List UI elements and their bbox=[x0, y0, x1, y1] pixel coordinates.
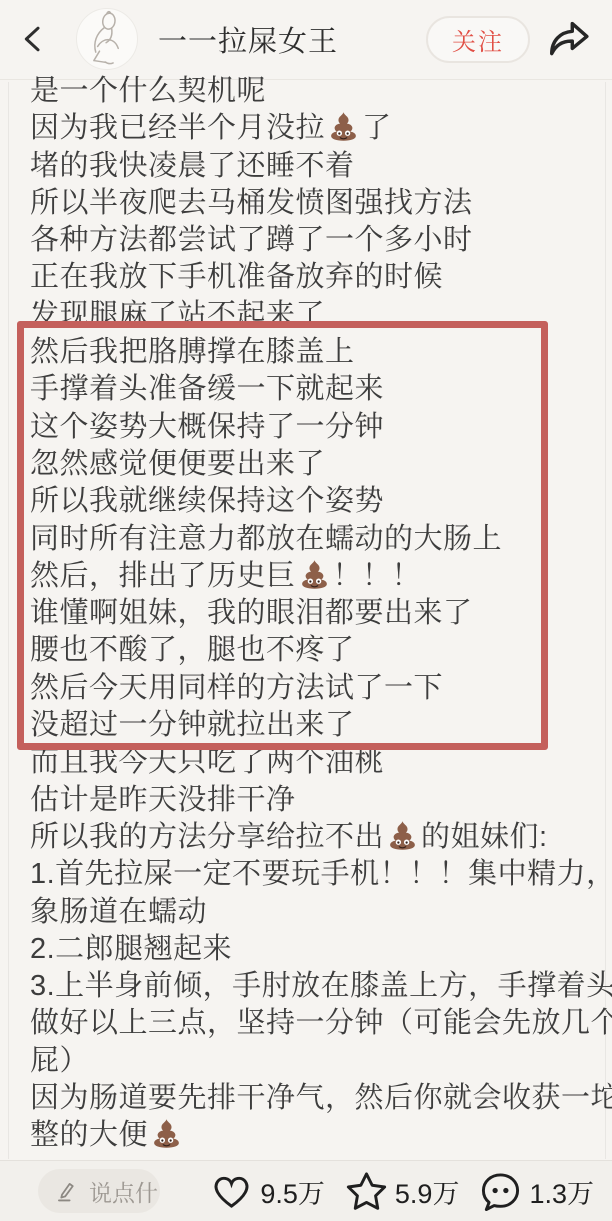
text-line: 忽然感觉便便要出来了 bbox=[30, 446, 612, 483]
text-line: 所以我的方法分享给拉不出的姐妹们: bbox=[30, 819, 612, 856]
follow-button[interactable]: 关注 bbox=[426, 16, 530, 63]
user-name: 一一拉屎女王 bbox=[158, 19, 426, 60]
text-line: 腰也不酸了，腿也不疼了 bbox=[30, 632, 612, 669]
comment-placeholder: 说点什… bbox=[89, 1175, 160, 1208]
avatar-sketch bbox=[77, 9, 137, 69]
share-button[interactable] bbox=[544, 17, 592, 61]
back-chevron-icon bbox=[18, 22, 48, 56]
nav-bar: 一一拉屎女王 关注 bbox=[0, 0, 612, 78]
text-line: 1.首先拉屎一定不要玩手机！！！集中精力，想 bbox=[30, 856, 612, 893]
text-line: 然后，排出了历史巨！！！ bbox=[30, 558, 612, 595]
left-edge-line bbox=[8, 82, 9, 1159]
text-line: 然后我把胳膊撑在膝盖上 bbox=[30, 334, 612, 371]
app-screen: 一一拉屎女王 关注 是一个什么契机呢因为我已经半个月没拉了堵的我快凌晨了还睡不着… bbox=[0, 0, 612, 1221]
text-line: 堵的我快凌晨了还睡不着 bbox=[30, 148, 612, 185]
text-line: 估计是昨天没排干净 bbox=[30, 782, 612, 819]
text-line: 所以半夜爬去马桶发愤图强找方法 bbox=[30, 185, 612, 222]
text-line: 正在我放下手机准备放弃的时候 bbox=[30, 259, 612, 296]
star-icon bbox=[345, 1171, 388, 1212]
text-line: 发现腿麻了站不起来了 bbox=[30, 297, 612, 334]
text-line: 手撑着头准备缓一下就起来 bbox=[30, 371, 612, 408]
text-line: 同时所有注意力都放在蠕动的大肠上 bbox=[30, 521, 612, 558]
text-line: 3.上半身前倾，手肘放在膝盖上方，手撑着头 bbox=[30, 968, 612, 1005]
avatar[interactable] bbox=[76, 8, 138, 70]
poop-emoji bbox=[386, 819, 419, 852]
poop-emoji bbox=[298, 558, 331, 591]
collect-count: 5.9万 bbox=[395, 1172, 460, 1211]
text-line: 屁） bbox=[30, 1043, 612, 1080]
poop-emoji bbox=[150, 1117, 183, 1150]
text-line: 而且我今天只吃了两个油桃 bbox=[30, 744, 612, 781]
text-line: 做好以上三点，坚持一分钟（可能会先放几个 bbox=[30, 1005, 612, 1042]
text-line: 因为我已经半个月没拉了 bbox=[30, 110, 612, 147]
text-line: 因为肠道要先排干净气，然后你就会收获一坨完 bbox=[30, 1080, 612, 1117]
back-button[interactable] bbox=[16, 19, 50, 59]
comment-input[interactable]: 说点什… bbox=[38, 1169, 160, 1213]
text-line: 谁懂啊姐妹，我的眼泪都要出来了 bbox=[30, 595, 612, 632]
poop-emoji bbox=[327, 110, 360, 143]
post-text: 是一个什么契机呢因为我已经半个月没拉了堵的我快凌晨了还睡不着所以半夜爬去马桶发愤… bbox=[30, 73, 612, 1155]
text-line: 2.二郎腿翘起来 bbox=[30, 931, 612, 968]
share-arrow-icon bbox=[544, 18, 592, 60]
text-line: 各种方法都尝试了蹲了一个多小时 bbox=[30, 222, 612, 259]
text-line: 所以我就继续保持这个姿势 bbox=[30, 483, 612, 520]
text-line: 这个姿势大概保持了一分钟 bbox=[30, 409, 612, 446]
collect-action[interactable]: 5.9万 bbox=[345, 1171, 460, 1212]
like-action[interactable]: 9.5万 bbox=[210, 1172, 325, 1211]
comment-action[interactable]: 1.3万 bbox=[479, 1171, 594, 1212]
text-line: 象肠道在蠕动 bbox=[30, 894, 612, 931]
text-line: 整的大便 bbox=[30, 1117, 612, 1154]
like-count: 9.5万 bbox=[260, 1172, 325, 1211]
comment-bubble-icon bbox=[479, 1171, 522, 1212]
pencil-icon bbox=[54, 1179, 79, 1204]
text-line: 是一个什么契机呢 bbox=[30, 73, 612, 110]
heart-icon bbox=[210, 1172, 253, 1211]
text-line: 没超过一分钟就拉出来了 bbox=[30, 707, 612, 744]
text-line: 然后今天用同样的方法试了一下 bbox=[30, 670, 612, 707]
bottom-bar: 说点什… 9.5万 5.9万 1.3万 bbox=[0, 1160, 612, 1221]
comment-count: 1.3万 bbox=[529, 1172, 594, 1211]
